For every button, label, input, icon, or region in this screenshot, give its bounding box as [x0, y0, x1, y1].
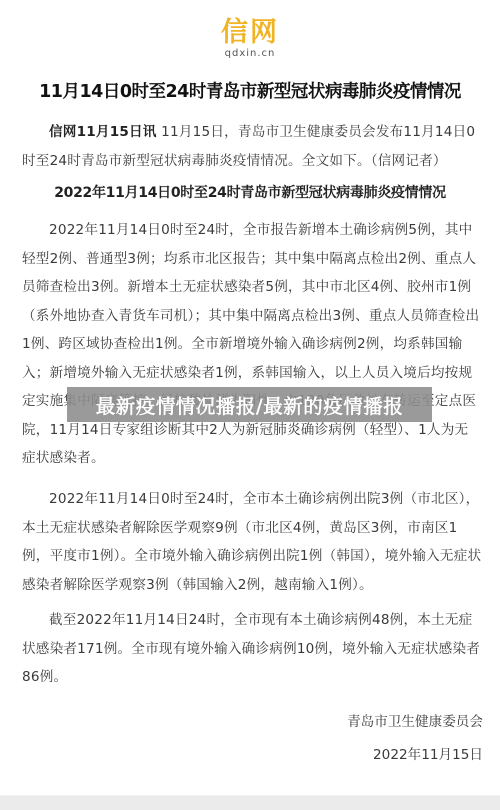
paragraph-current-totals: 截至2022年11月14日24时，全市现有本土确诊病例48例，本土无症状感染者1… — [22, 606, 482, 692]
article-page: 信网 qdxin.cn 11月14日0时至24时青岛市新型冠状病毒肺炎疫情情况 … — [0, 0, 500, 795]
overlay-headline-text: 最新疫情情况播报/最新的疫情播报 — [96, 391, 404, 419]
brand-domain: qdxin.cn — [0, 48, 500, 59]
intro-paragraph: 信网11月15日讯 11月15日，青岛市卫生健康委员会发布11月14日0时至24… — [22, 118, 482, 175]
paragraph-new-cases: 2022年11月14日0时至24时，全市报告新增本土确诊病例5例，其中轻型2例、… — [22, 216, 482, 473]
article-subtitle: 2022年11月14日0时至24时青岛市新型冠状病毒肺炎疫情情况 — [0, 182, 500, 202]
brand-logo-mark: 信网 — [221, 18, 279, 48]
site-logo[interactable]: 信网 qdxin.cn — [0, 18, 500, 59]
overlay-headline-banner[interactable]: 最新疫情情况播报/最新的疫情播报 — [67, 387, 432, 422]
article-title: 11月14日0时至24时青岛市新型冠状病毒肺炎疫情情况 — [0, 78, 500, 103]
paragraph-discharged: 2022年11月14日0时至24时，全市本土确诊病例出院3例（市北区），本土无症… — [22, 485, 482, 599]
intro-lead: 信网11月15日讯 — [49, 124, 157, 140]
signature-date: 2022年11月15日 — [373, 743, 483, 763]
signature-org: 青岛市卫生健康委员会 — [347, 710, 483, 730]
bottom-divider-strip — [0, 795, 500, 810]
